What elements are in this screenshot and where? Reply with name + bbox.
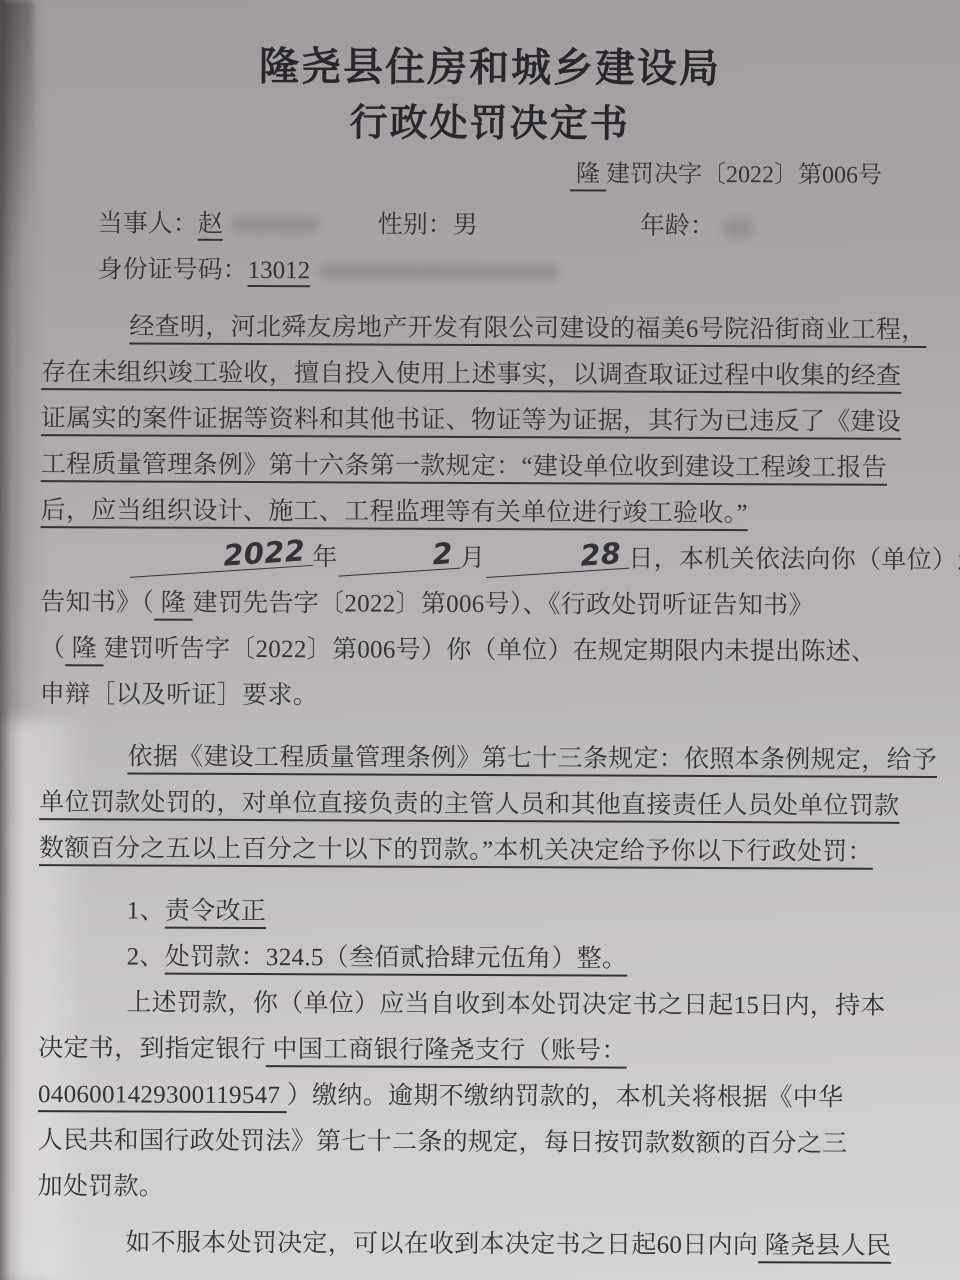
text-segment: 人民共和国行政处罚法》第七十二条的规定，每日按罚款数额的百分之三	[38, 1127, 848, 1158]
text-segment: 2、	[127, 943, 165, 970]
document-title: 隆尧县住房和城乡建设局	[42, 40, 937, 96]
document-line: 1、责令改正	[39, 888, 934, 938]
party-info-row: 当事人：赵 性别：男 年龄：	[98, 208, 937, 244]
text-segment: 隆尧县人民	[758, 1232, 891, 1260]
document-line: 工程质量管理条例》第十六条第一款规定：“建设单位收到建设工程竣工报告	[41, 442, 936, 492]
document-line: 加处罚款。	[38, 1164, 933, 1214]
document-page: 隆尧县住房和城乡建设局 行政处罚决定书 隆 建罚决字〔2022〕第006号 当事…	[0, 0, 960, 1280]
text-segment: 后，应当组织设计、施工、工程监理等有关单位进行竣工验收。”	[41, 497, 748, 527]
redaction-blur-id	[318, 263, 558, 280]
text-segment: 责令改正	[165, 898, 266, 925]
party-label: 当事人：	[98, 210, 198, 237]
document-line: 0406001429300119547 ）缴纳。逾期不缴纳罚款的，本机关将根据《…	[38, 1072, 933, 1122]
text-segment: 年	[312, 544, 337, 571]
text-segment: 隆	[154, 590, 193, 617]
document-number-text: 建罚决字〔2022〕第006号	[606, 162, 882, 189]
document-line: 2022年2月28日，本机关依法向你（单位）送达了《行政处罚事先	[40, 534, 935, 584]
text-segment: 月	[460, 545, 485, 572]
text-segment: 工程质量管理条例》第十六条第一款规定：“建设单位收到建设工程竣工报告	[41, 451, 887, 482]
text-segment: 上述罚款，你（单位）应当自收到本处罚决定书之日起15日内，持本	[126, 989, 885, 1019]
text-segment: 告知书》（	[40, 589, 154, 616]
text-segment: 建罚先告字〔2022〕第006号）、《行政处罚听证告知书》	[193, 590, 814, 620]
text-segment: 0406001429300119547	[38, 1081, 287, 1109]
document-body: 经查明，河北舜友房地产开发有限公司建设的福美6号院沿街商业工程，存在未组织竣工验…	[37, 304, 936, 1270]
document-line: 经查明，河北舜友房地产开发有限公司建设的福美6号院沿街商业工程，	[41, 304, 936, 354]
id-info-row: 身份证号码：13012	[98, 254, 937, 290]
document-number-prefix: 隆	[570, 161, 606, 187]
text-segment: 日，本机关依法向你（单位）送达了《行政处罚事先	[628, 546, 960, 576]
gender-label: 性别：	[378, 212, 453, 239]
handwritten-date-value: 2022	[128, 535, 314, 578]
age-field: 年龄：	[640, 211, 753, 243]
text-segment: ）缴纳。逾期不缴纳罚款的，本机关将根据《中华	[287, 1082, 844, 1111]
age-label: 年龄：	[640, 213, 715, 240]
text-segment: 处罚款：324.5（叁佰贰拾肆元伍角）整。	[165, 944, 628, 973]
text-segment: 决定书，到指定银行	[38, 1035, 266, 1063]
party-value: 赵	[198, 211, 223, 238]
document-line: 申辩［以及听证］要求。	[40, 672, 935, 722]
document-line: 上述罚款，你（单位）应当自收到本处罚决定书之日起15日内，持本	[38, 980, 933, 1030]
document-line: 人民共和国行政处罚法》第七十二条的规定，每日按罚款数额的百分之三	[38, 1118, 933, 1168]
document-line: 数额百分之五以上百分之十以下的罚款。”本机关决定给予你以下行政处罚：	[39, 826, 934, 876]
document-line: 如不服本处罚决定，可以在收到本决定书之日起60日内向 隆尧县人民	[37, 1220, 932, 1270]
document-line: 证属实的案件证据等资料和其他书证、物证等为证据，其行为已违反了《建设	[41, 396, 936, 446]
gender-field: 性别：男	[378, 210, 640, 243]
party-field: 当事人：赵	[98, 208, 378, 241]
document-subtitle: 行政处罚决定书	[42, 98, 937, 150]
document-number: 隆 建罚决字〔2022〕第006号	[42, 156, 937, 192]
document-line: 单位罚款处罚的，对单位直接负责的主管人员和其他直接责任人员处单位罚款	[39, 780, 934, 830]
gender-value: 男	[453, 212, 478, 239]
id-value: 13012	[248, 257, 311, 284]
text-segment: 数额百分之五以上百分之十以下的罚款。”本机关决定给予你以下行政处罚：	[39, 835, 873, 866]
text-segment: 单位罚款处罚的，对单位直接负责的主管人员和其他直接责任人员处单位罚款	[39, 789, 899, 820]
handwritten-date-value: 28	[485, 538, 630, 578]
document-line: 依据《建设工程质量管理条例》第七十三条规定：依照本条例规定，给予	[39, 734, 934, 784]
handwritten-date-value: 2	[337, 538, 461, 577]
text-segment: （	[40, 635, 65, 662]
id-label: 身份证号码：	[98, 256, 248, 284]
text-segment: 1、	[127, 897, 165, 924]
id-field: 身份证号码：13012	[98, 254, 559, 288]
text-segment: 建罚听告字〔2022〕第006号）你（单位）在规定期限内未提出陈述、	[104, 635, 877, 665]
document-line: 决定书，到指定银行 中国工商银行隆尧支行（账号：	[38, 1026, 933, 1076]
document-line: （ 隆 建罚听告字〔2022〕第006号）你（单位）在规定期限内未提出陈述、	[40, 626, 935, 676]
text-segment: 如不服本处罚决定，可以在收到本决定书之日起60日内向	[125, 1229, 758, 1259]
text-segment: 加处罚款。	[38, 1173, 165, 1201]
document-line: 后，应当组织设计、施工、工程监理等有关单位进行竣工验收。”	[40, 488, 935, 538]
redaction-blur-age	[723, 218, 753, 238]
text-segment: 中国工商银行隆尧支行（账号：	[266, 1036, 627, 1065]
text-segment: 申辩［以及听证］要求。	[40, 681, 318, 709]
text-segment: 隆	[65, 635, 104, 662]
document-line: 告知书》（ 隆 建罚先告字〔2022〕第006号）、《行政处罚听证告知书》	[40, 580, 935, 630]
scanned-document-photo: 隆尧县住房和城乡建设局 行政处罚决定书 隆 建罚决字〔2022〕第006号 当事…	[0, 0, 960, 1280]
redaction-blur-name	[231, 217, 319, 233]
document-line: 存在未组织竣工验收，擅自投入使用上述事实，以调查取证过程中收集的经查	[41, 350, 936, 400]
document-line: 2、处罚款：324.5（叁佰贰拾肆元伍角）整。	[39, 934, 934, 984]
text-segment: 经查明，河北舜友房地产开发有限公司建设的福美6号院沿街商业工程，	[129, 313, 926, 343]
text-segment: 证属实的案件证据等资料和其他书证、物证等为证据，其行为已违反了《建设	[41, 405, 901, 436]
text-segment: 依据《建设工程质量管理条例》第七十三条规定：依照本条例规定，给予	[127, 743, 937, 774]
text-segment: 存在未组织竣工验收，擅自投入使用上述事实，以调查取证过程中收集的经查	[41, 359, 901, 390]
